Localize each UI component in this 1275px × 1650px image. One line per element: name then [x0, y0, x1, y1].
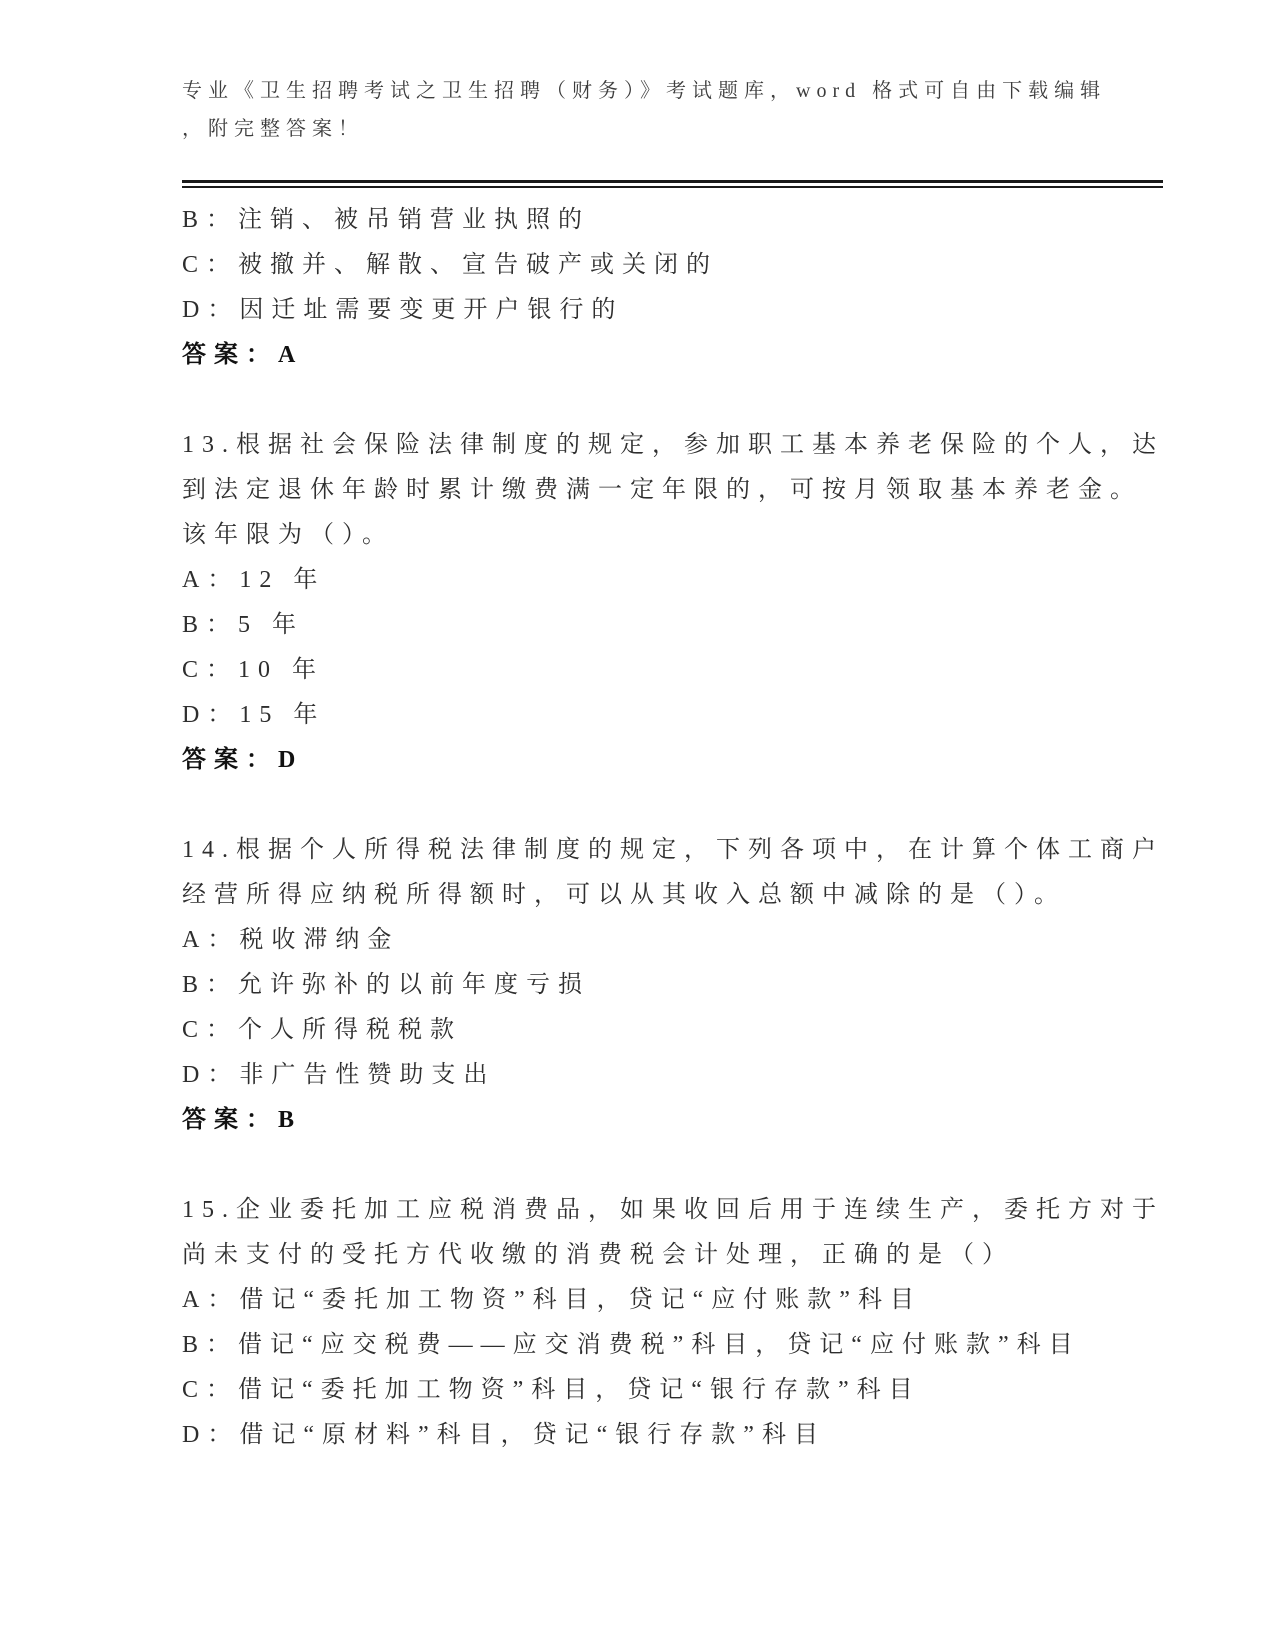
- header-divider-rule: [182, 180, 1163, 188]
- question-stem-line: 该年限为（）。: [182, 513, 1163, 558]
- question-stem-line: 到法定退休年龄时累计缴费满一定年限的，可按月领取基本养老金。: [182, 468, 1163, 513]
- question-stem-line: 经营所得应纳税所得额时，可以从其收入总额中减除的是（）。: [182, 873, 1163, 918]
- option-line: A：12 年: [182, 558, 1163, 603]
- question-13-block: 13.根据社会保险法律制度的规定，参加职工基本养老保险的个人，达到法定退休年龄时…: [182, 423, 1163, 783]
- header-line-2: ，附完整答案！: [182, 110, 1163, 148]
- option-line: D：因迁址需要变更开户银行的: [182, 288, 1163, 333]
- exam-content: B：注销、被吊销营业执照的C：被撤并、解散、宣告破产或关闭的D：因迁址需要变更开…: [182, 198, 1163, 1458]
- option-line: A：借记“委托加工物资”科目，贷记“应付账款”科目: [182, 1278, 1163, 1323]
- header-line-1: 专业《卫生招聘考试之卫生招聘（财务）》考试题库，word 格式可自由下载编辑: [182, 72, 1163, 110]
- question-14-block: 14.根据个人所得税法律制度的规定，下列各项中，在计算个体工商户经营所得应纳税所…: [182, 828, 1163, 1143]
- option-line: C：个人所得税税款: [182, 1008, 1163, 1053]
- option-line: C：借记“委托加工物资”科目，贷记“银行存款”科目: [182, 1368, 1163, 1413]
- option-line: A：税收滞纳金: [182, 918, 1163, 963]
- question-stem-line: 尚未支付的受托方代收缴的消费税会计处理，正确的是（）: [182, 1233, 1163, 1278]
- option-line: C：10 年: [182, 648, 1163, 693]
- option-line: B：借记“应交税费——应交消费税”科目，贷记“应付账款”科目: [182, 1323, 1163, 1368]
- option-line: D：借记“原材料”科目，贷记“银行存款”科目: [182, 1413, 1163, 1458]
- question-15-block: 15.企业委托加工应税消费品，如果收回后用于连续生产，委托方对于尚未支付的受托方…: [182, 1188, 1163, 1458]
- question-stem-line: 14.根据个人所得税法律制度的规定，下列各项中，在计算个体工商户: [182, 828, 1163, 873]
- answer-line: 答案：B: [182, 1098, 1163, 1143]
- document-header: 专业《卫生招聘考试之卫生招聘（财务）》考试题库，word 格式可自由下载编辑 ，…: [182, 72, 1163, 148]
- answer-line: 答案：A: [182, 333, 1163, 378]
- option-line: D：非广告性赞助支出: [182, 1053, 1163, 1098]
- option-line: B：5 年: [182, 603, 1163, 648]
- answer-line: 答案：D: [182, 738, 1163, 783]
- option-line: B：注销、被吊销营业执照的: [182, 198, 1163, 243]
- option-line: C：被撤并、解散、宣告破产或关闭的: [182, 243, 1163, 288]
- document-page: 专业《卫生招聘考试之卫生招聘（财务）》考试题库，word 格式可自由下载编辑 ，…: [0, 0, 1275, 1650]
- option-line: D：15 年: [182, 693, 1163, 738]
- option-line: B：允许弥补的以前年度亏损: [182, 963, 1163, 1008]
- question-stem-line: 13.根据社会保险法律制度的规定，参加职工基本养老保险的个人，达: [182, 423, 1163, 468]
- question-stem-line: 15.企业委托加工应税消费品，如果收回后用于连续生产，委托方对于: [182, 1188, 1163, 1233]
- question-12-continuation-block: B：注销、被吊销营业执照的C：被撤并、解散、宣告破产或关闭的D：因迁址需要变更开…: [182, 198, 1163, 378]
